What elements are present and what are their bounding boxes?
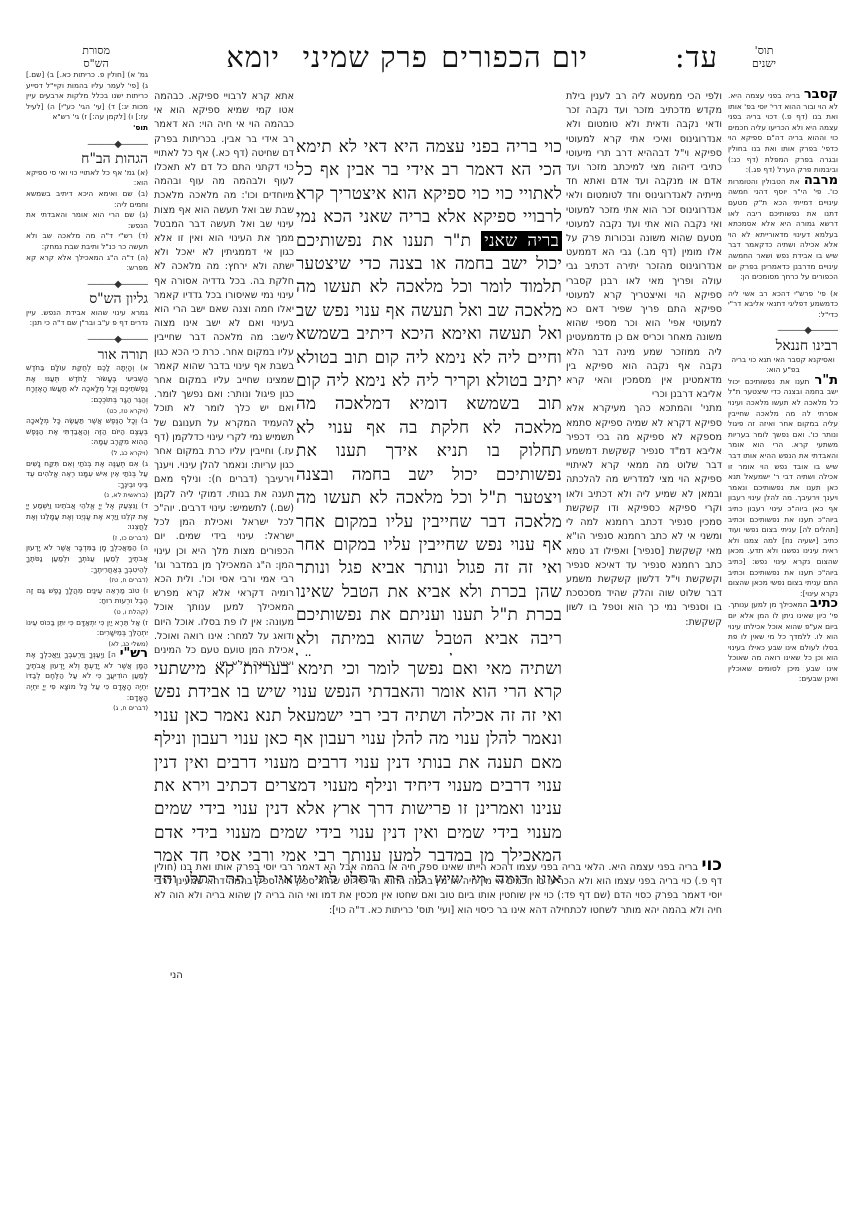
gemara-lower: ושתיה מאי ואם נפשך לומר וכי תימא בעריות … xyxy=(154,658,562,883)
tosafot-column: אתא קרא לרבויי ספיקא. כבהמה אטו קמי שמיא… xyxy=(154,90,294,665)
hagahot-habach-title: הגהות הב"ח xyxy=(26,154,148,165)
masoret-hashas-label: מסורת הש"ס xyxy=(82,44,110,70)
gilyon-hashas-title: גליון הש"ס xyxy=(26,294,148,305)
page-catchword: הני xyxy=(170,970,183,981)
highlighted-text: בריה שאני xyxy=(481,231,562,251)
rashi-column: ולפי הכי ממעטא ליה רב לענין בילת מקדש מד… xyxy=(566,90,722,850)
masoret-hashas: גמ' א) [חולין פ. כריתות כא.] ב) [שם.] ג)… xyxy=(26,70,148,123)
rashi-bottom: כוי בריה בפני עצמה היא. הלאי בריה בפני ע… xyxy=(154,858,722,938)
torah-or-title: תורה אור xyxy=(26,350,148,361)
chapter-label: פרק שמיני xyxy=(302,40,428,75)
divider: ———◆——— xyxy=(26,335,148,346)
divider: ———◆——— xyxy=(26,280,148,291)
daf-number: עד: xyxy=(675,40,718,75)
divider: ———◆——— xyxy=(728,326,838,337)
tosafot-yeshanim-column: קסבר בריה בפני עצמה היא. לא הוי ובור ההו… xyxy=(728,90,838,890)
tosafot-yeshanim-label: תוס' ישנים xyxy=(752,44,776,70)
chapter-name: יום הכפורים xyxy=(441,40,588,75)
rabbeinu-chananel-title: רבינו חננאל xyxy=(728,341,838,352)
left-margin-column: גמ' א) [חולין פ. כריתות כא.] ב) [שם.] ג)… xyxy=(26,70,148,950)
gemara-upper: כוי בריה בפני עצמה היא דאי לא תימא הכי ה… xyxy=(296,136,562,656)
divider: ———◆——— xyxy=(26,140,148,151)
talmud-page: תוס' ישנים עד: יום הכפורים פרק שמיני יומ… xyxy=(0,0,868,1212)
tractate-name: יומא xyxy=(226,40,280,75)
